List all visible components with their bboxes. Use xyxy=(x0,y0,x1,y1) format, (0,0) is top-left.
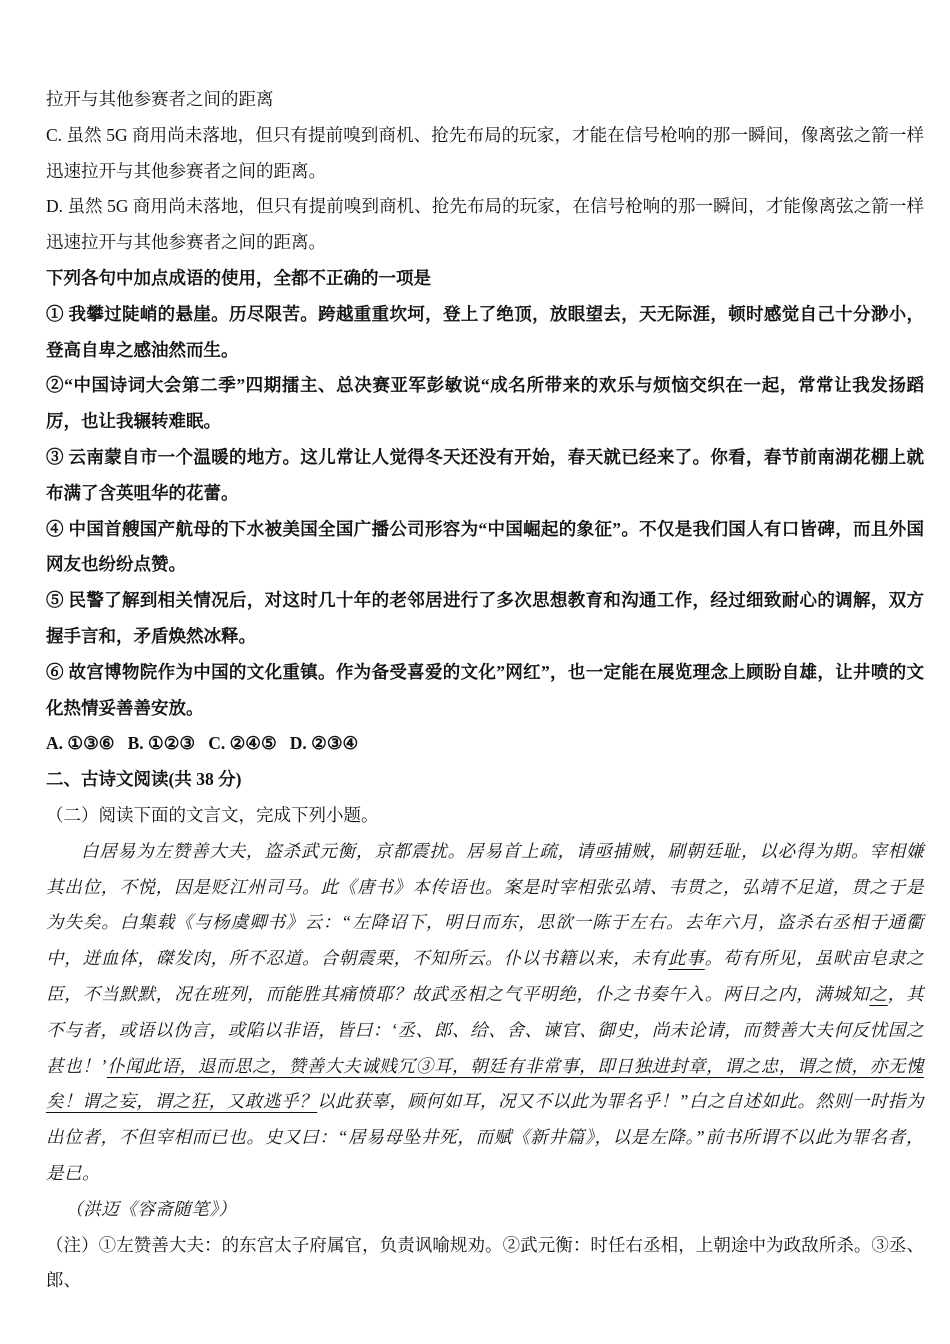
idiom-item-6: ⑥ 故宫博物院作为中国的文化重镇。作为备受喜爱的文化”网红”，也一定能在展览理念… xyxy=(46,655,924,727)
passage-underlined-segment: 此事 xyxy=(668,948,705,968)
passage-note: （注）①左赞善大夫：的东宫太子府属官，负责讽喻规劝。②武元衡：时任右丞相，上朝途… xyxy=(46,1228,924,1300)
passage-attribution: （洪迈《容斋随笔》） xyxy=(46,1192,924,1228)
option-c-text: C. 虽然 5G 商用尚未落地，但只有提前嗅到商机、抢先布局的玩家，才能在信号枪… xyxy=(46,118,924,190)
classical-passage: 白居易为左赞善大夫，盗杀武元衡，京都震扰。居易首上疏，请亟捕贼，刷朝廷耻，以必得… xyxy=(46,834,924,1192)
idiom-item-4: ④ 中国首艘国产航母的下水被美国全国广播公司形容为“中国崛起的象征”。不仅是我们… xyxy=(46,512,924,584)
section-heading: 二、古诗文阅读(共 38 分) xyxy=(46,762,924,798)
exam-document-page: 拉开与其他参赛者之间的距离 C. 虽然 5G 商用尚未落地，但只有提前嗅到商机、… xyxy=(0,0,950,1344)
passage-underlined-segment: 之 xyxy=(869,984,887,1004)
idiom-item-3: ③ 云南蒙自市一个温暖的地方。这儿常让人觉得冬天还没有开始，春天就已经来了。你看… xyxy=(46,440,924,512)
reading-instruction: （二）阅读下面的文言文，完成下列小题。 xyxy=(46,798,924,834)
idiom-item-2: ②“中国诗词大会第二季”四期擂主、总决赛亚军彭敏说“成名所带来的欢乐与烦恼交织在… xyxy=(46,368,924,440)
idiom-question-stem: 下列各句中加点成语的使用，全都不正确的一项是 xyxy=(46,261,924,297)
idiom-item-5: ⑤ 民警了解到相关情况后，对这时几十年的老邻居进行了多次思想教育和沟通工作，经过… xyxy=(46,583,924,655)
idiom-options-line: A. ①③⑥ B. ①②③ C. ②④⑤ D. ②③④ xyxy=(46,726,924,762)
carryover-line: 拉开与其他参赛者之间的距离 xyxy=(46,82,924,118)
option-d-text: D. 虽然 5G 商用尚未落地，但只有提前嗅到商机、抢先布局的玩家，在信号枪响的… xyxy=(46,189,924,261)
idiom-item-1: ① 我攀过陡峭的悬崖。历尽限苦。跨越重重坎坷，登上了绝顶，放眼望去，天无际涯，顿… xyxy=(46,297,924,369)
